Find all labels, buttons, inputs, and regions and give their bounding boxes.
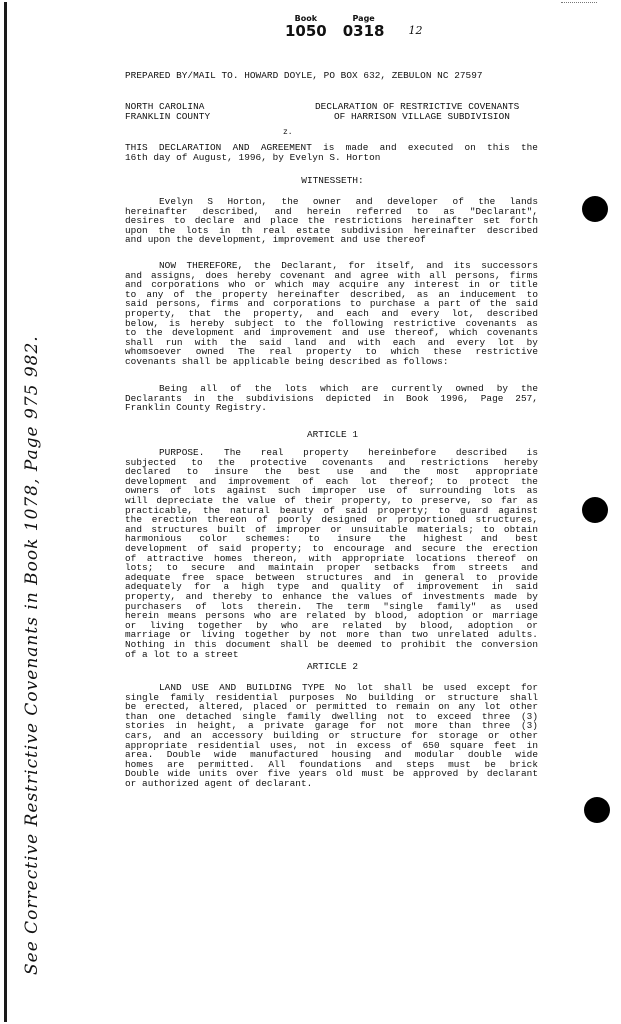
text-line: 16th day of August, 1996, by Evelyn S. H… (125, 154, 380, 163)
book-stamp: Book 1050 (285, 14, 327, 39)
page-number: 0318 (343, 23, 385, 39)
text-line: Franklin County Registry. (125, 404, 267, 413)
handwritten-page-number: 12 (409, 23, 423, 39)
stray-mark: z. (283, 128, 293, 137)
book-number: 1050 (285, 23, 327, 39)
caption-title-line2: OF HARRISON VILLAGE SUBDIVISION (334, 113, 510, 122)
text-line: or authorized agent of declarant. (125, 780, 312, 789)
article-2-heading: ARTICLE 2 (125, 663, 540, 672)
punch-hole-top (582, 196, 608, 222)
article-1-heading: ARTICLE 1 (125, 431, 540, 440)
text-line: and upon the development, improvement an… (125, 236, 426, 245)
witnesseth-heading: WITNESSETH: (125, 177, 540, 186)
handwritten-margin-note: See Corrective Restrictive Covenants in … (22, 335, 42, 975)
caption-county: FRANKLIN COUNTY (125, 113, 210, 122)
book-page-stamp: Book 1050 Page 0318 12 (285, 14, 423, 39)
punch-hole-middle (582, 497, 608, 523)
text-line: covenants shall be applicable being desc… (125, 358, 449, 367)
left-binding-edge (4, 2, 7, 1022)
corner-scan-mark (561, 2, 597, 5)
page-stamp: Page 0318 (343, 14, 385, 39)
punch-hole-bottom (584, 797, 610, 823)
prepared-by-line: PREPARED BY/MAIL TO. HOWARD DOYLE, PO BO… (125, 72, 483, 81)
text-line: of a lot to a street (125, 651, 239, 660)
